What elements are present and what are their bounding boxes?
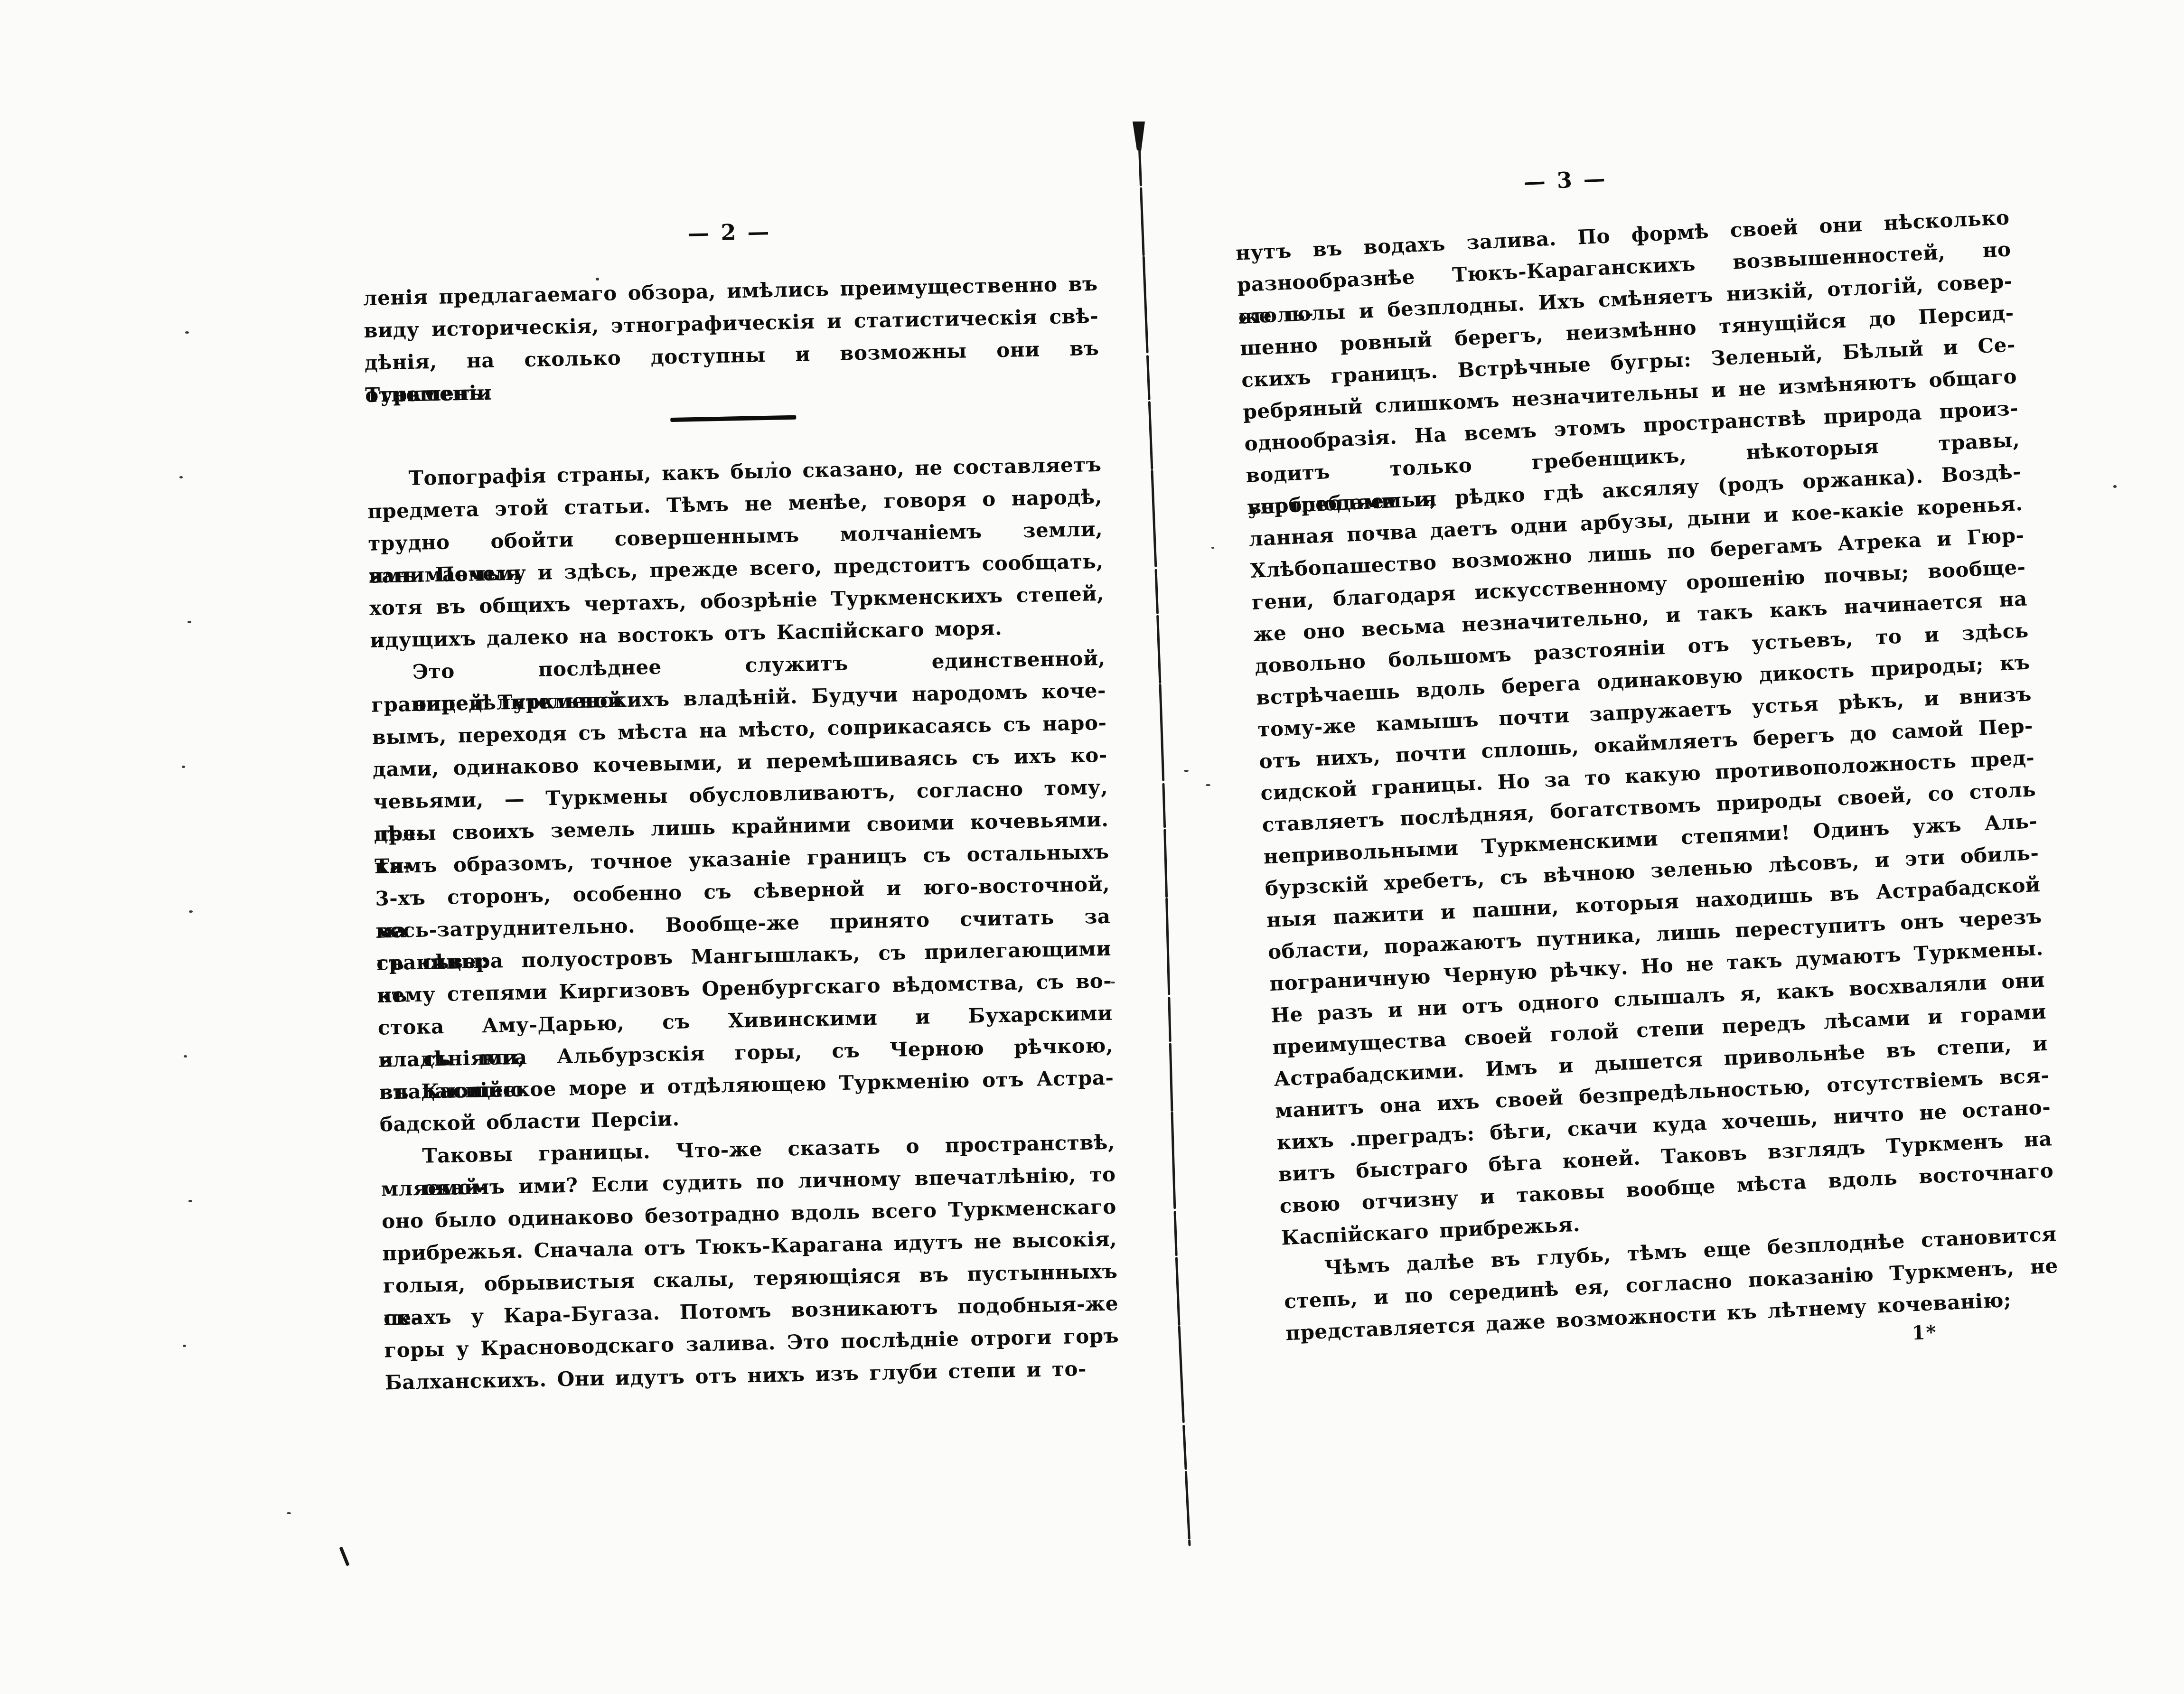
ink-speck [182,766,185,768]
press-signature-mark: 1* [1912,1315,2062,1344]
ink-speck [184,1055,187,1058]
ink-speck [183,1345,186,1347]
page-3: — 3 — нутъ въ водахъ залива. По формѣ св… [1232,146,2061,1374]
paragraph: Таковы границы. Что-же сказать о простра… [380,1126,1120,1399]
ink-speck [1211,547,1214,549]
ink-stroke-mark [339,1546,349,1566]
section-divider-rule [670,415,796,422]
ink-speck [179,476,183,478]
page-2-body: ленія предлагаемаго обзора, имѣлись преи… [363,268,1120,1399]
ink-speck [185,331,189,334]
ink-speck [596,278,599,281]
paragraph: Топографія страны, какъ было сказано, не… [366,449,1105,657]
ink-speck [2113,485,2117,488]
ink-speck [187,621,191,623]
paragraph: Это послѣднее служитъ единственной, опре… [370,642,1115,1141]
ink-speck [188,1200,192,1202]
ink-speck [189,910,193,913]
ink-speck [1206,784,1210,786]
page-2: — 2 — ленія предлагаемаго обзора, имѣлис… [362,211,1120,1399]
ink-speck [771,461,774,464]
page-3-body: нутъ въ водахъ залива. По формѣ своей он… [1235,201,2060,1349]
paragraph: ленія предлагаемаго обзора, имѣлись преи… [363,268,1100,412]
ink-speck [287,1512,291,1514]
ink-speck [1111,982,1115,983]
paragraph: нутъ въ водахъ залива. По формѣ своей он… [1235,201,2055,1254]
page-number: — 2 — [362,211,1097,259]
book-spread-scan: — 2 — ленія предлагаемаго обзора, имѣлис… [0,0,2184,1694]
ink-speck [1184,770,1189,772]
